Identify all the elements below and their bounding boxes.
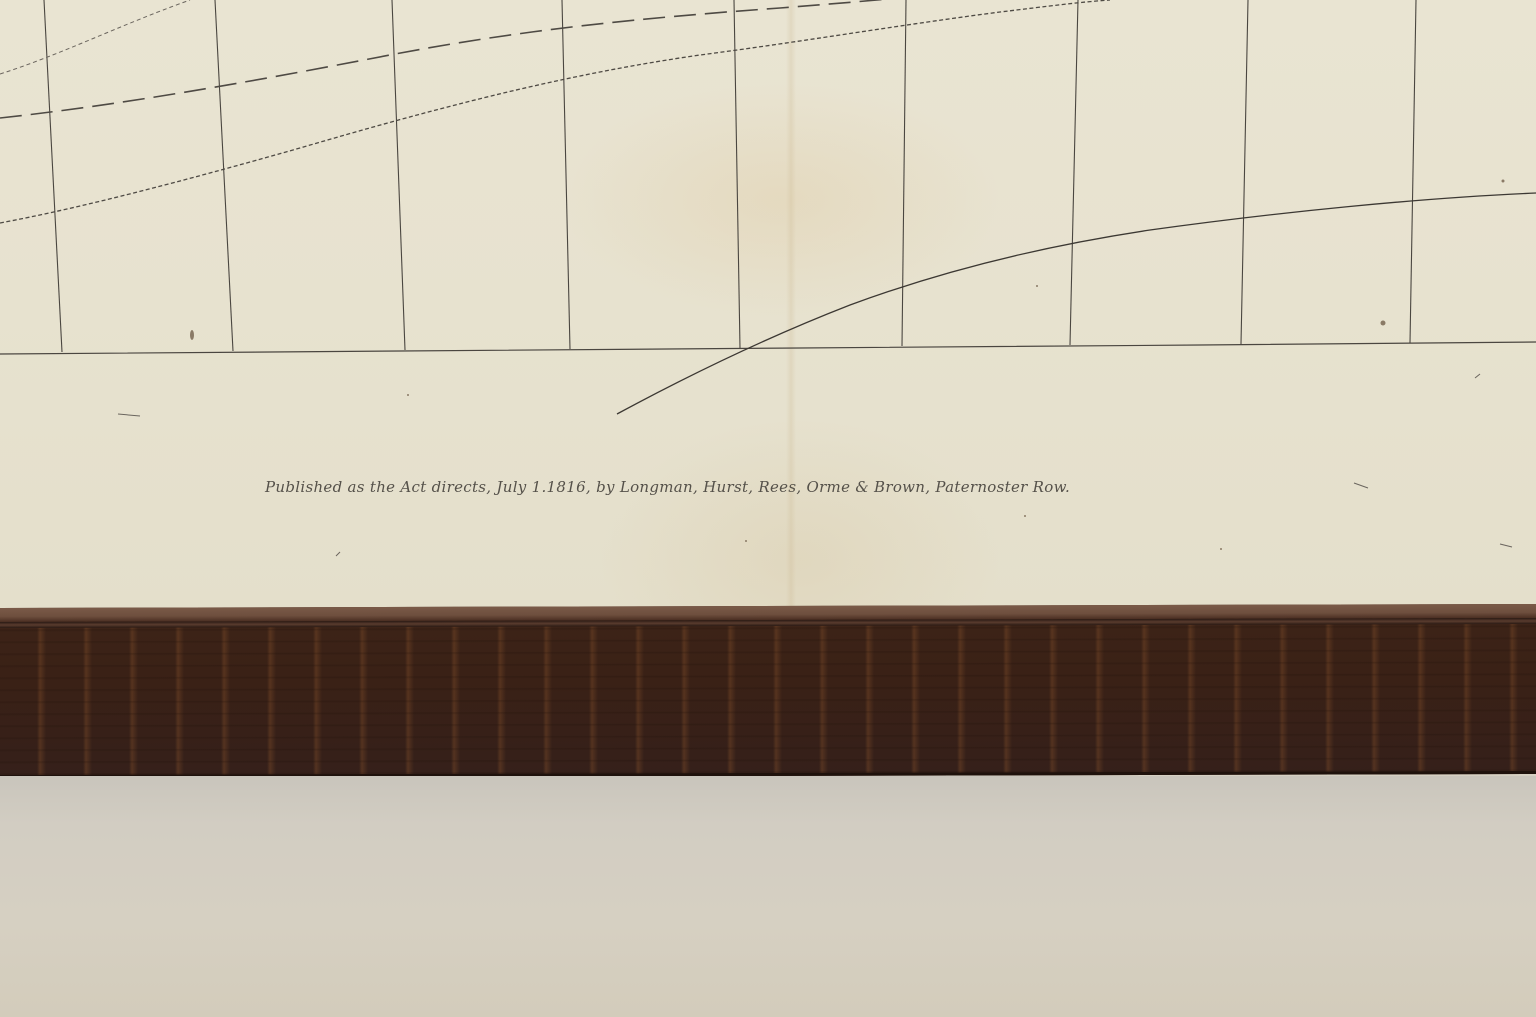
engraved-plate-paper: Published as the Act directs, July 1.181… — [0, 0, 1536, 614]
wooden-picture-frame — [0, 604, 1536, 778]
baseline — [0, 342, 1536, 354]
upper-fine-dashed-curve — [0, 0, 190, 74]
paper-scratches — [118, 374, 1512, 556]
solid-curve — [617, 193, 1536, 414]
publisher-imprint-text: Published as the Act directs, July 1.181… — [265, 478, 1225, 496]
wall-background — [0, 776, 1536, 1017]
long-dashed-curve — [0, 0, 920, 118]
short-dashed-curve — [0, 0, 1110, 223]
photo-scene: Published as the Act directs, July 1.181… — [0, 0, 1536, 1017]
vertical-gridlines — [44, 0, 1416, 352]
engraved-chart-lines — [0, 0, 1536, 614]
